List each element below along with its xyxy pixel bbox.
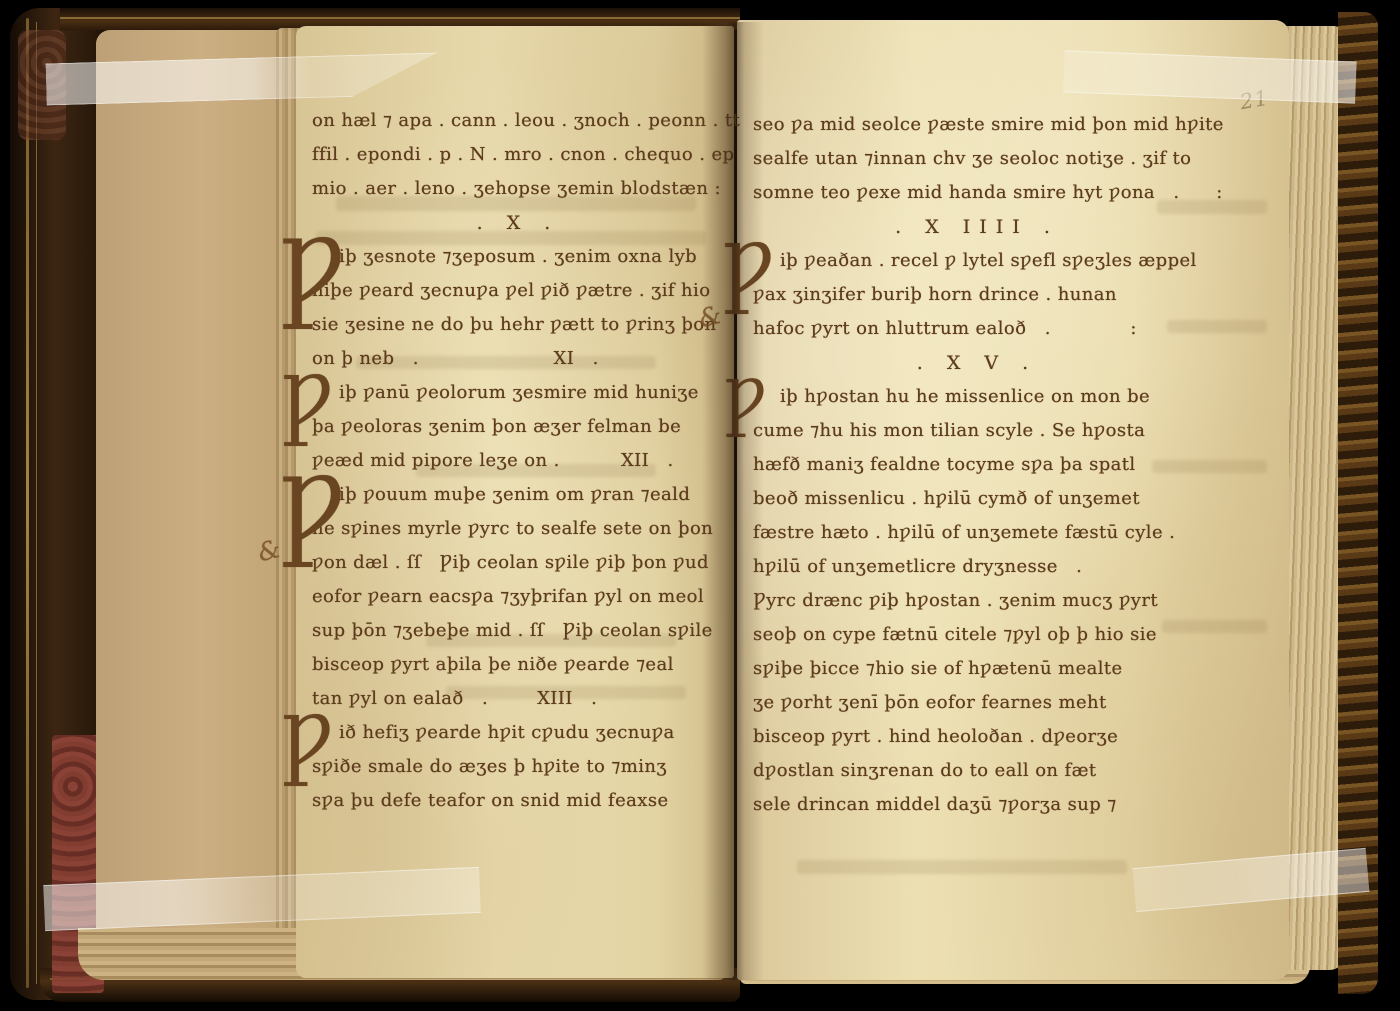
manuscript-line: mio . aer . leno . ʒehopse ʒemin blodstæ… bbox=[312, 172, 724, 206]
manuscript-line: on hæl ⁊ apa . cann . leou . ʒnoch . peo… bbox=[312, 104, 724, 138]
manuscript-line: ffil . epondi . p . N . mro . cnon . che… bbox=[312, 138, 724, 172]
marbled-endpaper-corner bbox=[18, 30, 66, 140]
fore-edge-pages bbox=[1284, 26, 1344, 970]
manuscript-line: sealfe utan ⁊innan chv ʒe seoloc notiʒe … bbox=[753, 142, 1201, 176]
manuscript-line: sele drincan middel daʒū ⁊ƿorʒa sup ⁊ bbox=[753, 788, 1201, 822]
manuscript-line: ƿax ʒinʒifer buriþ horn drince . hunan bbox=[753, 278, 1201, 312]
manuscript-line: sie ʒesine ne do þu hehr ƿætt to ƿrinʒ þ… bbox=[312, 308, 724, 342]
manuscript-line: somne teo ƿexe mid handa smire hyt ƿona … bbox=[753, 176, 1201, 210]
manuscript-line: on þ neb . XI . bbox=[312, 342, 724, 376]
drop-initial-wynn: Ƿ bbox=[721, 234, 775, 310]
manuscript-line: fæstre hæto . hƿilū of unʒemete fæstū cy… bbox=[753, 516, 1201, 550]
manuscript-line: iþ hƿostan hu he missenlice on mon be bbox=[753, 380, 1201, 414]
manuscript-line: iþ ƿanū ƿeolorum ʒesmire mid huniʒe bbox=[312, 376, 724, 410]
chapter-paragraph: Ƿiþ hƿostan hu he missenlice on mon becu… bbox=[753, 380, 1201, 822]
manuscript-photo: on hæl ⁊ apa . cann . leou . ʒnoch . peo… bbox=[0, 0, 1400, 1011]
manuscript-line: hæfð maniʒ fealdne tocyme sƿa þa spatl bbox=[753, 448, 1201, 482]
gilt-border-line bbox=[60, 17, 740, 19]
manuscript-line: sƿiþe þicce ⁊hio sie of hƿætenū mealte bbox=[753, 652, 1201, 686]
manuscript-line: cume ⁊hu his mon tilian scyle . Se hƿost… bbox=[753, 414, 1201, 448]
drop-initial-wynn: Ƿ bbox=[278, 466, 346, 562]
manuscript-line: tan ƿyl on ealað . XIII . bbox=[312, 682, 724, 716]
manuscript-line: eofor ƿearn eacsƿa ⁊ʒyþrifan ƿyl on meol bbox=[312, 580, 724, 614]
manuscript-line: Ƿyrc drænc ƿiþ hƿostan . ʒenim mucʒ ƿyrt bbox=[753, 584, 1201, 618]
manuscript-line: seo ƿa mid seolce ƿæste smire mid þon mi… bbox=[753, 108, 1201, 142]
flyleaf-under-left-page bbox=[96, 30, 306, 972]
manuscript-line: ƿon dæl . ſſ Ƿiþ ceolan sƿile ƿiþ þon ƿu… bbox=[312, 546, 724, 580]
manuscript-line: sƿiðe smale do æʒes þ hƿite to ⁊minʒ bbox=[312, 750, 724, 784]
book-cover-right-edge bbox=[1338, 12, 1378, 994]
manuscript-line: þa ƿeoloras ʒenim þon æʒer felman be bbox=[312, 410, 724, 444]
right-page: seo ƿa mid seolce ƿæste smire mid þon mi… bbox=[737, 20, 1289, 980]
manuscript-line: seoþ on cype fætnū citele ⁊ƿyl oþ þ hio … bbox=[753, 618, 1201, 652]
manuscript-line: dƿostlan sinʒrenan do to eall on fæt bbox=[753, 754, 1201, 788]
folio-number: 21 bbox=[1238, 86, 1270, 115]
manuscript-line: iþ ʒesnote ⁊ʒeposum . ʒenim oxna lyb bbox=[312, 240, 724, 274]
chapter-heading: . X IIII . bbox=[753, 210, 1201, 244]
left-page: on hæl ⁊ apa . cann . leou . ʒnoch . peo… bbox=[296, 26, 734, 978]
manuscript-line: iþ ƿeaðan . recel ƿ lytel sƿefl sƿeʒles … bbox=[753, 244, 1201, 278]
manuscript-line: ƿeæd mid pipore leʒe on . XII . bbox=[312, 444, 724, 478]
gilt-border-line bbox=[26, 18, 29, 988]
manuscript-line: ʒe ƿorht ʒenī þōn eofor fearnes meht bbox=[753, 686, 1201, 720]
manuscript-line: bisceop ƿyrt . hind heoloðan . dƿeorʒe bbox=[753, 720, 1201, 754]
manuscript-line: sup þōn ⁊ʒebeþe mid . ſſ Ƿiþ ceolan sƿil… bbox=[312, 614, 724, 648]
chapter-paragraph: Ƿ&iþ ƿeaðan . recel ƿ lytel sƿefl sƿeʒle… bbox=[753, 244, 1201, 346]
drop-initial-wynn: Ƿ bbox=[280, 366, 334, 442]
gilt-border-line bbox=[36, 22, 37, 984]
drop-initial-wynn: Ƿ bbox=[723, 372, 767, 434]
manuscript-line: ne sƿines myrle ƿyrc to sealfe sete on þ… bbox=[312, 512, 724, 546]
manuscript-line: bisceop ƿyrt aþila þe niðe ƿearde ⁊eal bbox=[312, 648, 724, 682]
manuscript-line: beoð missenlicu . hƿilū cymð of unʒemet bbox=[753, 482, 1201, 516]
chapter-heading: . X V . bbox=[753, 346, 1201, 380]
left-page-text: on hæl ⁊ apa . cann . leou . ʒnoch . peo… bbox=[312, 104, 724, 818]
show-through-text bbox=[797, 860, 1127, 874]
chapter-heading: . X . bbox=[312, 206, 724, 240]
manuscript-line: ið hefiʒ ƿearde hƿit cƿudu ʒecnuƿa bbox=[312, 716, 724, 750]
manuscript-line: hafoc ƿyrt on hluttrum ealoð . : bbox=[753, 312, 1201, 346]
manuscript-line: sƿa þu defe teafor on snid mid feaxse bbox=[312, 784, 724, 818]
chapter-paragraph: Ƿ&iþ ƿouum muþe ʒenim om ƿran ⁊ealdne sƿ… bbox=[312, 478, 724, 716]
manuscript-line: iþ ƿouum muþe ʒenim om ƿran ⁊eald bbox=[312, 478, 724, 512]
chapter-paragraph: Ƿiþ ƿanū ƿeolorum ʒesmire mid huniʒeþa ƿ… bbox=[312, 376, 724, 478]
drop-initial-wynn: Ƿ bbox=[278, 228, 346, 324]
right-page-text: seo ƿa mid seolce ƿæste smire mid þon mi… bbox=[753, 108, 1201, 822]
manuscript-line: niþe ƿeard ʒecnuƿa ƿel ƿið ƿætre . ʒif h… bbox=[312, 274, 724, 308]
chapter-paragraph: Ƿiþ ʒesnote ⁊ʒeposum . ʒenim oxna lybniþ… bbox=[312, 240, 724, 376]
chapter-paragraph: Ƿið hefiʒ ƿearde hƿit cƿudu ʒecnuƿasƿiðe… bbox=[312, 716, 724, 818]
manuscript-line: hƿilū of unʒemetlicre dryʒnesse . bbox=[753, 550, 1201, 584]
drop-initial-wynn: Ƿ bbox=[280, 706, 334, 782]
